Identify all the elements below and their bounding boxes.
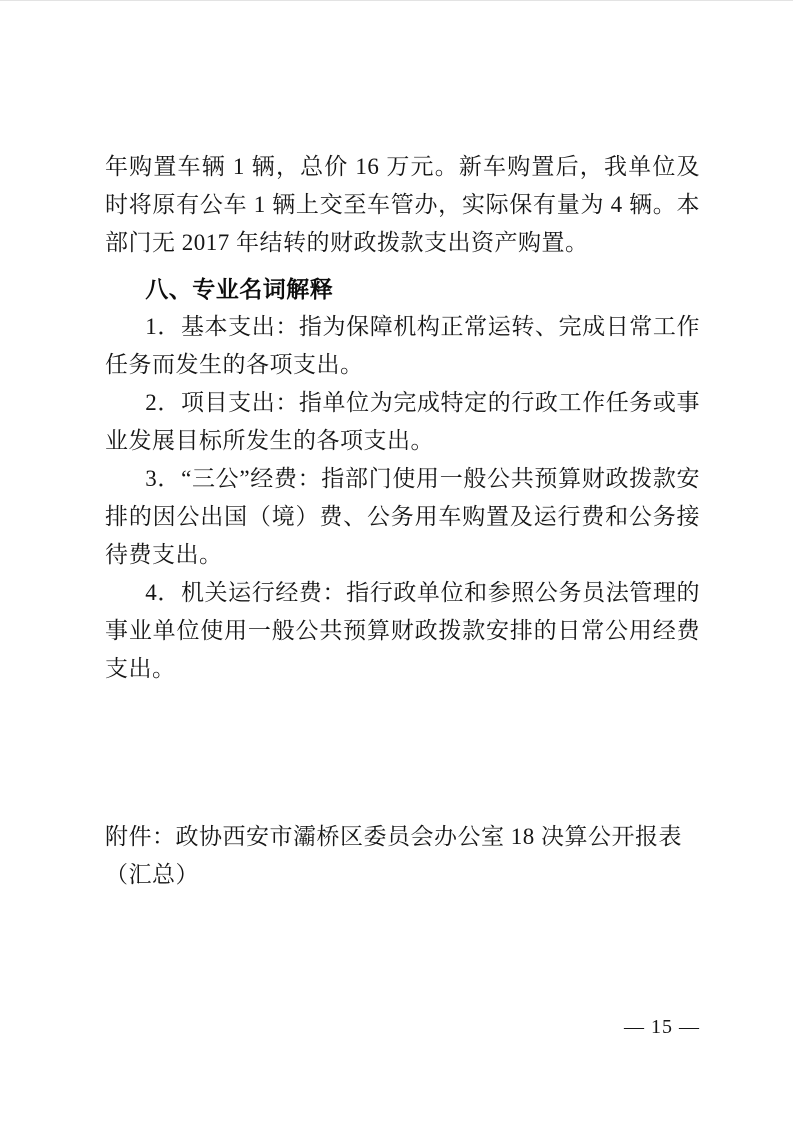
definition-item-three-public-funds: 3．“三公”经费：指部门使用一般公共预算财政拨款安排的因公出国（境）费、公务用车… [105,460,700,574]
body-paragraph-continuation: 年购置车辆 1 辆，总价 16 万元。新车购置后，我单位及时将原有公车 1 辆上… [105,148,700,262]
definition-item-project-expenditure: 2．项目支出：指单位为完成特定的行政工作任务或事业发展目标所发生的各项支出。 [105,384,700,460]
page-number: — 15 — [624,1008,700,1046]
definition-item-basic-expenditure: 1．基本支出：指为保障机构正常运转、完成日常工作任务而发生的各项支出。 [105,308,700,384]
document-page: 年购置车辆 1 辆，总价 16 万元。新车购置后，我单位及时将原有公车 1 辆上… [0,0,793,1122]
document-body: 年购置车辆 1 辆，总价 16 万元。新车购置后，我单位及时将原有公车 1 辆上… [105,148,700,894]
definition-item-agency-operating-funds: 4．机关运行经费：指行政单位和参照公务员法管理的事业单位使用一般公共预算财政拨款… [105,574,700,688]
attachment-line: 附件：政协西安市灞桥区委员会办公室 18 决算公开报表（汇总） [105,818,700,894]
section-heading: 八、专业名词解释 [105,270,700,308]
